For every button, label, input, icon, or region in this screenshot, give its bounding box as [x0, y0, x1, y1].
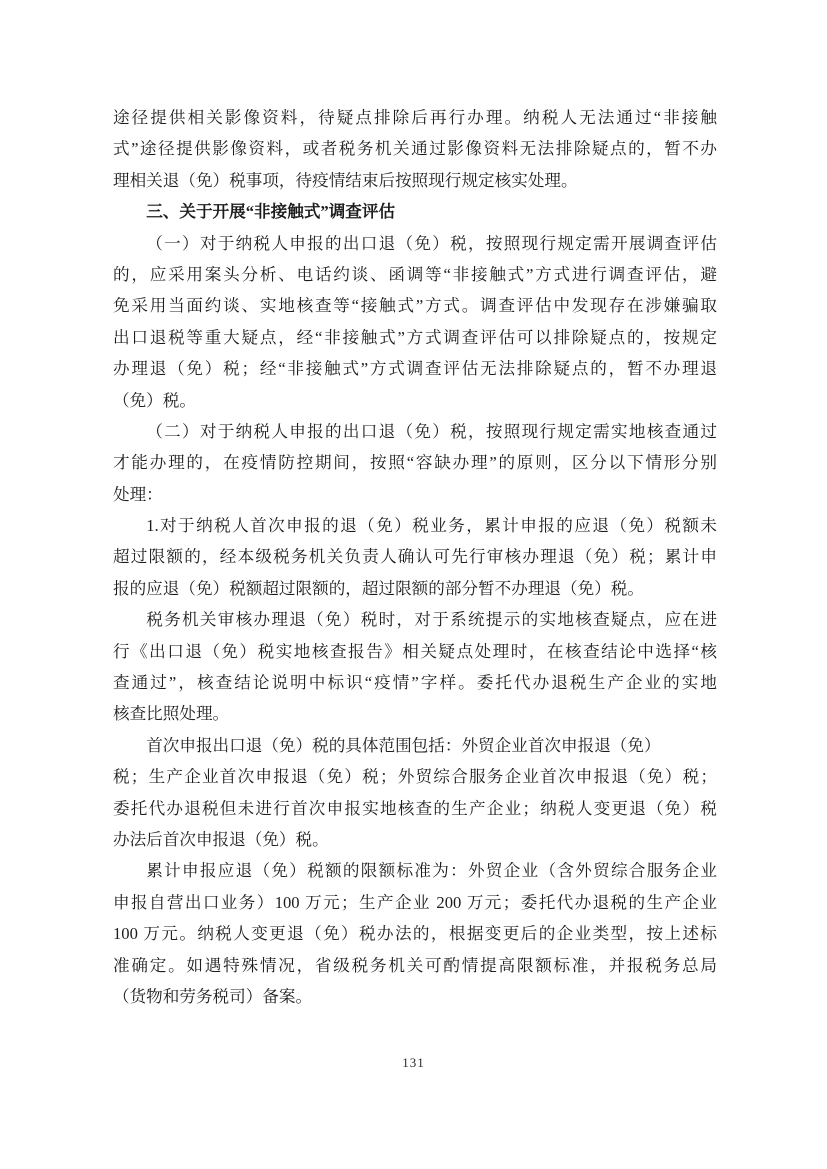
text-line: （二）对于纳税人申报的出口退（免）税，按照现行规定需实地核查通过 [113, 416, 717, 447]
text-line: 委托代办退税但未进行首次申报实地核查的生产企业；纳税人变更退（免）税 [113, 793, 717, 824]
text-line: 才能办理的，在疫情防控期间，按照“容缺办理”的原则，区分以下情形分别 [113, 447, 717, 478]
text-line: 处理： [113, 479, 717, 510]
text-line: 100 万元。纳税人变更退（免）税办法的，根据变更后的企业类型，按上述标 [113, 918, 717, 949]
text-line: 途径提供相关影像资料，待疑点排除后再行办理。纳税人无法通过“非接触 [113, 102, 717, 133]
text-line: 理相关退（免）税事项，待疫情结束后按照现行规定核实处理。 [113, 165, 717, 196]
text-line: 办理退（免）税；经“非接触式”方式调查评估无法排除疑点的，暂不办理退 [113, 353, 717, 384]
text-line: 申报自营出口业务）100 万元；生产企业 200 万元；委托代办退税的生产企业 [113, 887, 717, 918]
text-line: 累计申报应退（免）税额的限额标准为：外贸企业（含外贸综合服务企业 [113, 855, 717, 886]
text-line: 报的应退（免）税额超过限额的，超过限额的部分暂不办理退（免）税。 [113, 573, 717, 604]
text-line: 三、关于开展“非接触式”调查评估 [113, 196, 717, 227]
text-line: 免采用当面约谈、实地核查等“接触式”方式。调查评估中发现存在涉嫌骗取 [113, 290, 717, 321]
page-number: 131 [402, 1055, 425, 1070]
paragraph: 1.对于纳税人首次申报的退（免）税业务，累计申报的应退（免）税额未超过限额的，经… [113, 510, 717, 604]
paragraph: 首次申报出口退（免）税的具体范围包括：外贸企业首次申报退（免）税；生产企业首次申… [113, 730, 717, 856]
paragraph: 途径提供相关影像资料，待疑点排除后再行办理。纳税人无法通过“非接触式”途径提供影… [113, 102, 717, 196]
text-line: 准确定。如遇特殊情况，省级税务机关可酌情提高限额标准，并报税务总局 [113, 950, 717, 981]
document-page: 途径提供相关影像资料，待疑点排除后再行办理。纳税人无法通过“非接触式”途径提供影… [0, 0, 827, 1169]
text-line: 查通过”，核查结论说明中标识“疫情”字样。委托代办退税生产企业的实地 [113, 667, 717, 698]
paragraph: （二）对于纳税人申报的出口退（免）税，按照现行规定需实地核查通过才能办理的，在疫… [113, 416, 717, 510]
text-line: 的，应采用案头分析、电话约谈、函调等“非接触式”方式进行调查评估，避 [113, 259, 717, 290]
text-line: 核查比照处理。 [113, 698, 717, 729]
page-footer: 131 [0, 1054, 827, 1072]
text-line: 出口退税等重大疑点，经“非接触式”方式调查评估可以排除疑点的，按规定 [113, 322, 717, 353]
text-line: （免）税。 [113, 385, 717, 416]
text-line: 1.对于纳税人首次申报的退（免）税业务，累计申报的应退（免）税额未 [113, 510, 717, 541]
text-line: 行《出口退（免）税实地核查报告》相关疑点处理时，在核查结论中选择“核 [113, 636, 717, 667]
text-line: （一）对于纳税人申报的出口退（免）税，按照现行规定需开展调查评估 [113, 228, 717, 259]
text-line: （货物和劳务税司）备案。 [113, 981, 717, 1012]
paragraph: 税务机关审核办理退（免）税时，对于系统提示的实地核查疑点，应在进行《出口退（免）… [113, 604, 717, 730]
paragraph: 累计申报应退（免）税额的限额标准为：外贸企业（含外贸综合服务企业申报自营出口业务… [113, 855, 717, 1012]
section-heading: 三、关于开展“非接触式”调查评估 [113, 196, 717, 227]
text-line: 税务机关审核办理退（免）税时，对于系统提示的实地核查疑点，应在进 [113, 604, 717, 635]
text-line: 超过限额的，经本级税务机关负责人确认可先行审核办理退（免）税；累计申 [113, 541, 717, 572]
paragraph: （一）对于纳税人申报的出口退（免）税，按照现行规定需开展调查评估的，应采用案头分… [113, 228, 717, 416]
text-line: 税；生产企业首次申报退（免）税；外贸综合服务企业首次申报退（免）税； [113, 761, 717, 792]
text-line: 首次申报出口退（免）税的具体范围包括：外贸企业首次申报退（免） [113, 730, 717, 761]
text-line: 办法后首次申报退（免）税。 [113, 824, 717, 855]
document-body: 途径提供相关影像资料，待疑点排除后再行办理。纳税人无法通过“非接触式”途径提供影… [113, 102, 717, 1012]
text-line: 式”途径提供影像资料，或者税务机关通过影像资料无法排除疑点的，暂不办 [113, 133, 717, 164]
